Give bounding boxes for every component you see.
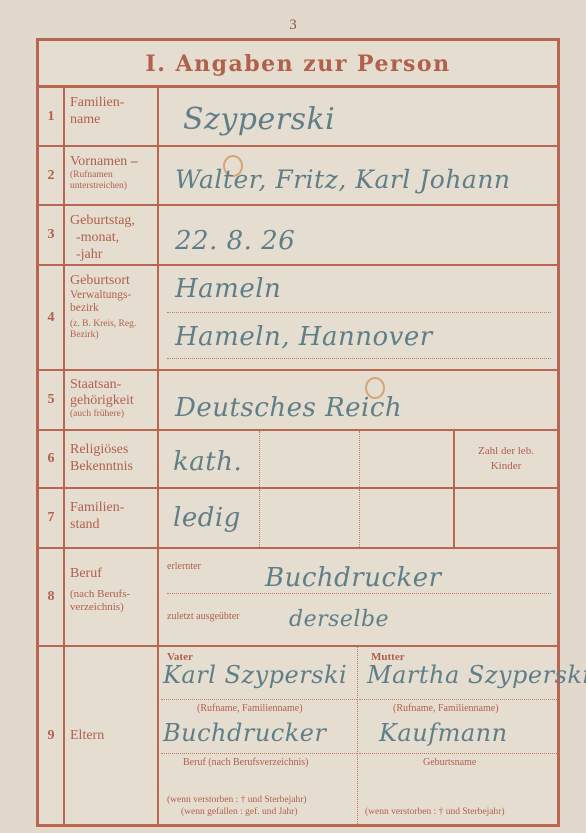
label-text: -monat, xyxy=(70,230,119,245)
dotted-line xyxy=(359,753,557,754)
row-number: 7 xyxy=(39,489,65,547)
dotted-divider xyxy=(357,647,358,824)
father-fallen-note: (wenn gefallen : gef. und Jahr) xyxy=(181,807,298,817)
row-number: 9 xyxy=(39,647,65,824)
dotted-line xyxy=(161,753,357,754)
marital-status-field[interactable]: ledig xyxy=(161,489,449,547)
citizenship-value: Deutsches Reich xyxy=(175,393,402,423)
label-text: Eltern xyxy=(70,727,104,744)
page-number: 3 xyxy=(0,17,586,34)
row-birth-date: 3 Geburtstag, -monat, -jahr 22. 8. 26 xyxy=(39,206,557,266)
birthplace-value: Hameln xyxy=(175,274,281,304)
birth-date-value: 22. 8. 26 xyxy=(175,226,295,256)
family-name-value: Szyperski xyxy=(183,102,335,137)
section-title: I. Angaben zur Person xyxy=(39,41,557,88)
label-text: Religiöses Bekenntnis xyxy=(70,442,133,474)
label-text: Vornamen xyxy=(70,154,127,169)
mother-section[interactable]: Mutter Martha Szyperski (Rufname, Famili… xyxy=(359,647,557,824)
dotted-divider xyxy=(259,489,260,547)
parents-field: Vater Karl Szyperski (Rufname, Familienn… xyxy=(161,647,557,824)
row-label: Vornamen – (Rufnamen unterstreichen) xyxy=(65,147,159,204)
row-number: 2 xyxy=(39,147,65,204)
dotted-line xyxy=(359,699,557,700)
dotted-line xyxy=(161,699,357,700)
father-deceased-note: (wenn verstorben : † und Sterbejahr) xyxy=(167,795,307,805)
row-number: 8 xyxy=(39,549,65,645)
row-citizenship: 5 Staatsan-gehörigkeit (auch frühere) De… xyxy=(39,371,557,431)
learned-occupation-value: Buchdrucker xyxy=(265,563,442,593)
label-text: Familien-stand xyxy=(70,500,124,532)
row-label: Familien- name xyxy=(65,88,159,145)
row-birthplace: 4 Geburtsort Verwaltungs-bezirk (z. B. K… xyxy=(39,266,557,371)
label-subtext: (auch frühere) xyxy=(70,409,153,420)
last-occupation-value: derselbe xyxy=(289,607,389,632)
mother-name-caption: (Rufname, Familienname) xyxy=(393,703,499,714)
father-name-value: Karl Szyperski xyxy=(163,661,347,689)
label-text: Geburtsort xyxy=(70,273,130,288)
religion-value: kath. xyxy=(173,447,242,477)
father-name-caption: (Rufname, Familienname) xyxy=(197,703,303,714)
row-label: Beruf (nach Berufs-verzeichnis) xyxy=(65,549,159,645)
row-number: 1 xyxy=(39,88,65,145)
row-label: Religiöses Bekenntnis xyxy=(65,431,159,487)
row-parents: 9 Eltern Vater Karl Szyperski (Rufname, … xyxy=(39,647,557,824)
label-text: Staatsan-gehörigkeit xyxy=(70,377,134,408)
occupation-field[interactable]: erlernter Buchdrucker zuletzt ausgeübter… xyxy=(161,549,557,645)
label-text: -jahr xyxy=(70,247,102,262)
children-count-field[interactable] xyxy=(455,489,557,547)
label-subtext: (nach Berufs-verzeichnis) xyxy=(70,588,153,614)
birth-date-field[interactable]: 22. 8. 26 xyxy=(161,206,557,264)
mother-name-value: Martha Szyperski xyxy=(367,661,586,689)
label-text: Beruf xyxy=(70,566,102,581)
religion-field[interactable]: kath. xyxy=(161,431,449,487)
row-number: 6 xyxy=(39,431,65,487)
learned-occupation-label: erlernter xyxy=(167,561,201,572)
father-occupation-caption: Beruf (nach Berufsverzeichnis) xyxy=(183,757,309,768)
first-names-field[interactable]: Walter, Fritz, Karl Johann xyxy=(161,147,557,204)
mother-birth-name-caption: Geburtsname xyxy=(423,757,476,768)
father-occupation-value: Buchdrucker xyxy=(163,719,326,747)
underline-mark: – xyxy=(131,154,138,169)
row-number: 5 xyxy=(39,371,65,429)
label-subtext: Verwaltungs-bezirk xyxy=(70,289,153,315)
row-label: Geburtstag, -monat, -jahr xyxy=(65,206,159,264)
row-first-names: 2 Vornamen – (Rufnamen unterstreichen) W… xyxy=(39,147,557,206)
row-label: Familien-stand xyxy=(65,489,159,547)
row-number: 3 xyxy=(39,206,65,264)
row-number: 4 xyxy=(39,266,65,369)
label-subtext: (z. B. Kreis, Reg. Bezirk) xyxy=(70,319,153,341)
row-label: Staatsan-gehörigkeit (auch frühere) xyxy=(65,371,159,429)
row-occupation: 8 Beruf (nach Berufs-verzeichnis) erlern… xyxy=(39,549,557,647)
marital-status-value: ledig xyxy=(173,503,241,533)
dotted-line xyxy=(167,312,551,313)
dotted-divider xyxy=(359,431,360,487)
dotted-line xyxy=(167,593,551,594)
label-text: Familien- name xyxy=(70,95,124,127)
dotted-divider xyxy=(359,489,360,547)
label-text: Geburtstag, xyxy=(70,213,135,228)
children-count-label: Zahl der leb. Kinder xyxy=(455,431,557,487)
first-names-value: Walter, Fritz, Karl Johann xyxy=(175,165,511,194)
row-label: Geburtsort Verwaltungs-bezirk (z. B. Kre… xyxy=(65,266,159,369)
mother-birth-name-value: Kaufmann xyxy=(379,719,508,747)
row-label: Eltern xyxy=(65,647,159,824)
family-name-field[interactable]: Szyperski xyxy=(161,88,557,145)
last-occupation-label: zuletzt ausgeübter xyxy=(167,611,239,622)
dotted-divider xyxy=(259,431,260,487)
dotted-line xyxy=(167,358,551,359)
father-section[interactable]: Vater Karl Szyperski (Rufname, Familienn… xyxy=(161,647,357,824)
admin-district-value: Hameln, Hannover xyxy=(175,322,433,352)
label-subtext: (Rufnamen unterstreichen) xyxy=(70,170,153,192)
birthplace-field[interactable]: Hameln Hameln, Hannover xyxy=(161,266,557,369)
citizenship-field[interactable]: Deutsches Reich xyxy=(161,371,557,429)
mother-deceased-note: (wenn verstorben : † und Sterbejahr) xyxy=(365,807,505,817)
person-details-form: I. Angaben zur Person 1 Familien- name S… xyxy=(36,38,560,827)
row-family-name: 1 Familien- name Szyperski xyxy=(39,88,557,147)
